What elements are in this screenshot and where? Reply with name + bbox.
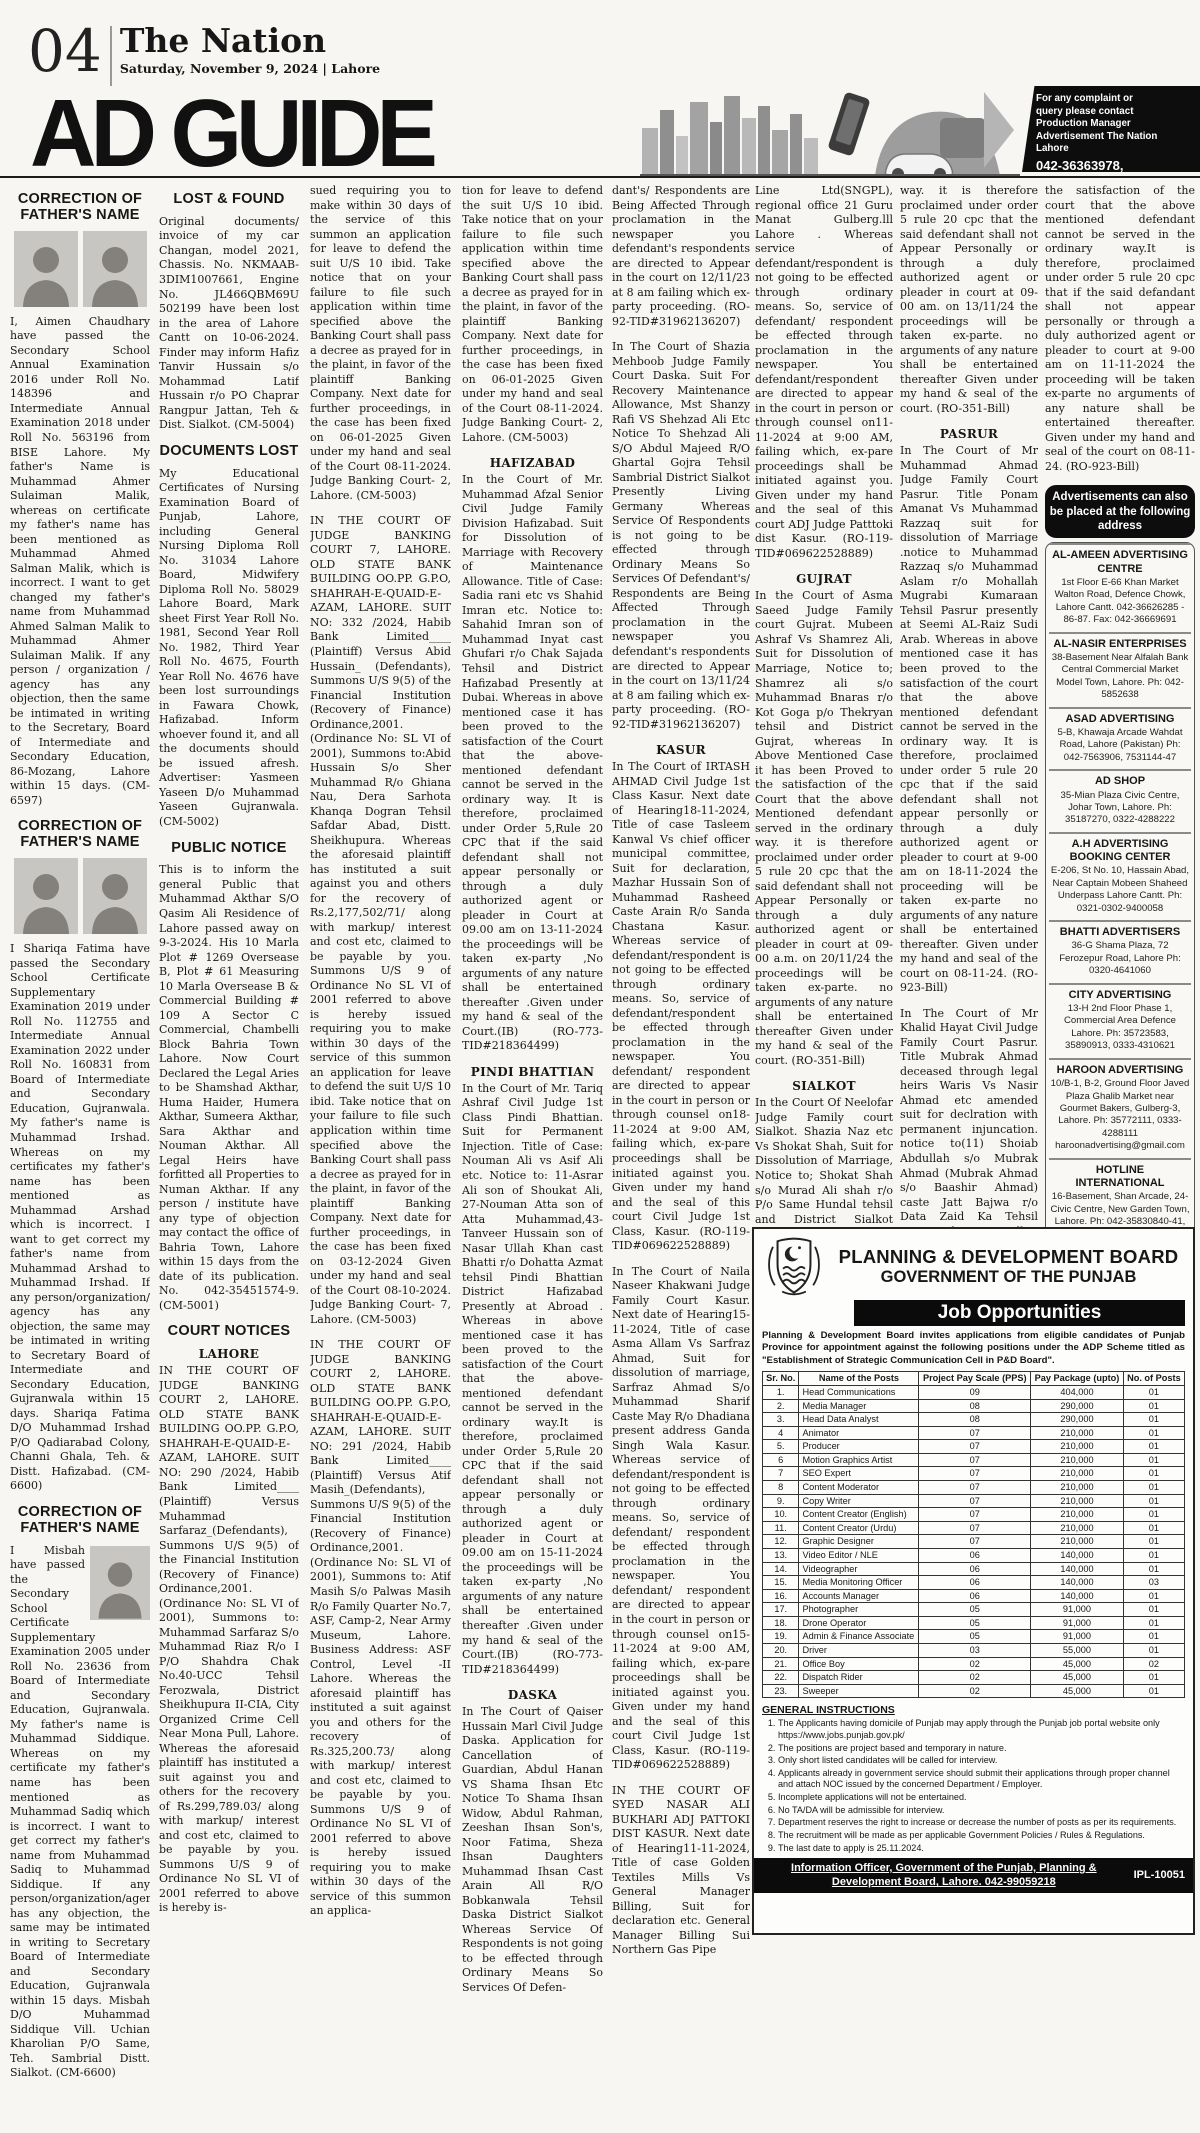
job-box-header: PLANNING & DEVELOPMENT BOARD GOVERNMENT … bbox=[762, 1234, 1185, 1298]
table-cell: 10. bbox=[763, 1508, 799, 1522]
table-cell: 19. bbox=[763, 1630, 799, 1644]
table-row: 5.Producer07210,00001 bbox=[763, 1440, 1185, 1454]
table-cell: 01 bbox=[1123, 1671, 1184, 1685]
table-cell: 08 bbox=[919, 1413, 1031, 1427]
table-cell: 45,000 bbox=[1031, 1684, 1124, 1698]
table-cell: 07 bbox=[919, 1440, 1031, 1454]
table-cell: 07 bbox=[919, 1481, 1031, 1495]
agency-entry: CITY ADVERTISING13-H 2nd Floor Phase 1, … bbox=[1049, 983, 1191, 1058]
table-cell: 01 bbox=[1123, 1481, 1184, 1495]
applicant-photo bbox=[83, 858, 147, 934]
table-cell: 01 bbox=[1123, 1426, 1184, 1440]
table-cell: 6 bbox=[763, 1453, 799, 1467]
table-cell: 404,000 bbox=[1031, 1385, 1124, 1399]
job-box-footer: Information Officer, Government of the P… bbox=[754, 1858, 1193, 1893]
table-cell: Media Monitoring Officer bbox=[799, 1576, 919, 1590]
table-cell: 01 bbox=[1123, 1603, 1184, 1617]
agency-details: 10/B-1, B-2, Ground Floor Javed Plaza Gh… bbox=[1050, 1078, 1190, 1153]
agency-details: 5-B, Khawaja Arcade Wahdat Road, Lahore … bbox=[1050, 727, 1190, 764]
ad-text: sued requiring you to make within 30 day… bbox=[310, 184, 451, 503]
masthead-divider bbox=[110, 26, 112, 86]
agency-name: A.H ADVERTISING BOOKING CENTER bbox=[1050, 838, 1190, 864]
table-cell: Video Editor / NLE bbox=[799, 1548, 919, 1562]
ad-text: In The Court of Naila Naseer Khakwani Ju… bbox=[612, 1265, 750, 1773]
table-cell: 45,000 bbox=[1031, 1671, 1124, 1685]
table-cell: 290,000 bbox=[1031, 1413, 1124, 1427]
table-cell: 11. bbox=[763, 1521, 799, 1535]
table-row: 1.Head Communications09404,00001 bbox=[763, 1385, 1185, 1399]
ad-text: In The Court of Qaiser Hussain Marl Civi… bbox=[462, 1705, 603, 1995]
table-cell: 7 bbox=[763, 1467, 799, 1481]
table-header-cell: Project Pay Scale (PPS) bbox=[919, 1372, 1031, 1386]
ad-text: IN THE COURT OF JUDGE BANKING COURT 2, L… bbox=[310, 1338, 451, 1919]
job-box-org-line2: GOVERNMENT OF THE PUNJAB bbox=[832, 1268, 1185, 1287]
instruction-item: Only short listed candidates will be cal… bbox=[778, 1755, 1185, 1767]
table-row: 20.Driver0355,00001 bbox=[763, 1643, 1185, 1657]
table-cell: 07 bbox=[919, 1535, 1031, 1549]
table-cell: 07 bbox=[919, 1426, 1031, 1440]
portrait-photo bbox=[14, 858, 78, 934]
column-6: Line Ltd(SNGPL), regional office 21 Guru… bbox=[755, 184, 893, 1400]
table-cell: Videographer bbox=[799, 1562, 919, 1576]
masthead-right: The Nation Saturday, November 9, 2024 | … bbox=[120, 22, 380, 76]
ad-text: In the Court of Mr. Tariq Ashraf Civil J… bbox=[462, 1082, 603, 1677]
instruction-item: The Applicants having domicile of Punjab… bbox=[778, 1718, 1185, 1741]
agency-name: CITY ADVERTISING bbox=[1050, 989, 1190, 1002]
ad-text: This is to inform the general Public tha… bbox=[159, 863, 299, 1313]
table-cell: 05 bbox=[919, 1616, 1031, 1630]
table-cell: 09 bbox=[919, 1385, 1031, 1399]
agency-entry: ASAD ADVERTISING5-B, Khawaja Arcade Wahd… bbox=[1049, 707, 1191, 770]
portrait-photo bbox=[90, 1546, 150, 1620]
table-cell: 140,000 bbox=[1031, 1589, 1124, 1603]
table-cell: Producer bbox=[799, 1440, 919, 1454]
table-cell: Head Data Analyst bbox=[799, 1413, 919, 1427]
court-place-heading: PINDI BHATTIAN bbox=[462, 1065, 603, 1079]
table-cell: 4 bbox=[763, 1426, 799, 1440]
newspaper-page: 04 The Nation Saturday, November 9, 2024… bbox=[0, 0, 1200, 2133]
column-5: dant's/ Respondents are Being Affected T… bbox=[612, 184, 750, 2124]
table-cell: 16. bbox=[763, 1589, 799, 1603]
complaint-line: query please contact bbox=[1036, 106, 1192, 119]
ad-text: My Educational Certificates of Nursing E… bbox=[159, 467, 299, 830]
complaint-line: Production Manager bbox=[1036, 118, 1192, 131]
table-cell: 01 bbox=[1123, 1508, 1184, 1522]
agency-entry: BHATTI ADVERTISERS36-G Shama Plaza, 72 F… bbox=[1049, 920, 1191, 983]
instruction-item: No TA/DA will be admissible for intervie… bbox=[778, 1805, 1185, 1817]
ad-heading: CORRECTION OF FATHER'S NAME bbox=[10, 192, 150, 224]
table-header-cell: Sr. No. bbox=[763, 1372, 799, 1386]
table-cell: 01 bbox=[1123, 1562, 1184, 1576]
table-cell: 07 bbox=[919, 1508, 1031, 1522]
table-cell: 91,000 bbox=[1031, 1630, 1124, 1644]
complaint-contact-box: For any complaint or query please contac… bbox=[1022, 86, 1200, 172]
agency-details: E-206, St No. 10, Hassain Abad, Near Cap… bbox=[1050, 865, 1190, 915]
table-cell: 1. bbox=[763, 1385, 799, 1399]
column-4: tion for leave to defend the suit U/S 10… bbox=[462, 184, 603, 2124]
court-place-heading: HAFIZABAD bbox=[462, 456, 603, 470]
table-row: 18.Drone Operator0591,00001 bbox=[763, 1616, 1185, 1630]
masthead: 04 The Nation Saturday, November 9, 2024… bbox=[28, 22, 380, 86]
ad-text: In The Court of Shazia Mehboob Judge Fam… bbox=[612, 340, 750, 732]
advertising-addresses-badge: Advertisements can also be placed at the… bbox=[1045, 485, 1195, 538]
table-cell: 02 bbox=[1123, 1657, 1184, 1671]
banner-arrow-graphic bbox=[984, 92, 1014, 168]
table-cell: 20. bbox=[763, 1643, 799, 1657]
table-cell: 210,000 bbox=[1031, 1426, 1124, 1440]
table-cell: Copy Writer bbox=[799, 1494, 919, 1508]
table-row: 12.Graphic Designer07210,00001 bbox=[763, 1535, 1185, 1549]
ad-text: In the Court of Mr. Muhammad Afzal Senio… bbox=[462, 473, 603, 1054]
applicant-photo bbox=[83, 231, 147, 307]
agency-name: HAROON ADVERTISING bbox=[1050, 1064, 1190, 1077]
job-posts-table-head: Sr. No.Name of the PostsProject Pay Scal… bbox=[763, 1372, 1185, 1386]
table-cell: 01 bbox=[1123, 1548, 1184, 1562]
dateline: Saturday, November 9, 2024 | Lahore bbox=[120, 61, 380, 76]
table-cell: 91,000 bbox=[1031, 1603, 1124, 1617]
job-box-intro-scheme: "Establishment of Strategic Communicatio… bbox=[762, 1355, 1055, 1366]
table-cell: 91,000 bbox=[1031, 1616, 1124, 1630]
table-cell: 07 bbox=[919, 1521, 1031, 1535]
table-cell: 22. bbox=[763, 1671, 799, 1685]
table-cell: 01 bbox=[1123, 1589, 1184, 1603]
table-cell: 55,000 bbox=[1031, 1643, 1124, 1657]
applicant-photo bbox=[14, 858, 78, 934]
table-cell: 06 bbox=[919, 1562, 1031, 1576]
table-cell: 01 bbox=[1123, 1440, 1184, 1454]
job-posts-table: Sr. No.Name of the PostsProject Pay Scal… bbox=[762, 1371, 1185, 1698]
table-cell: 210,000 bbox=[1031, 1440, 1124, 1454]
table-cell: Animator bbox=[799, 1426, 919, 1440]
agency-name: AD SHOP bbox=[1050, 775, 1190, 788]
court-place-heading: SIALKOT bbox=[755, 1079, 893, 1093]
agency-entry: AL-NASIR ENTERPRISES38-Basement Near Alf… bbox=[1049, 632, 1191, 707]
agency-details: 38-Basement Near Alfalah Bank Central Co… bbox=[1050, 652, 1190, 702]
job-box-intro-text: Planning & Development Board invites app… bbox=[762, 1330, 1185, 1353]
table-row: 7SEO Expert07210,00001 bbox=[763, 1467, 1185, 1481]
table-cell: 06 bbox=[919, 1576, 1031, 1590]
ad-text: I Shariqa Fatima have passed the Seconda… bbox=[10, 942, 150, 1494]
table-cell: 01 bbox=[1123, 1630, 1184, 1644]
table-cell: Sweeper bbox=[799, 1684, 919, 1698]
table-cell: 02 bbox=[919, 1684, 1031, 1698]
ad-text: In The Court of IRTASH AHMAD Civil Judge… bbox=[612, 760, 750, 1254]
table-header-cell: Pay Package (upto) bbox=[1031, 1372, 1124, 1386]
newspaper-title: The Nation bbox=[120, 24, 380, 59]
table-cell: 2. bbox=[763, 1399, 799, 1413]
city-skyline-graphic bbox=[640, 88, 1020, 176]
table-cell: 01 bbox=[1123, 1467, 1184, 1481]
agency-name: AL-AMEEN ADVERTISING CENTRE bbox=[1050, 549, 1190, 575]
page-number: 04 bbox=[28, 22, 102, 80]
table-cell: 210,000 bbox=[1031, 1508, 1124, 1522]
table-cell: 06 bbox=[919, 1548, 1031, 1562]
agency-details: 1st Floor E-66 Khan Market Walton Road, … bbox=[1050, 577, 1190, 627]
table-row: 16.Accounts Manager06140,00001 bbox=[763, 1589, 1185, 1603]
table-row: 23.Sweeper0245,00001 bbox=[763, 1684, 1185, 1698]
table-cell: 01 bbox=[1123, 1413, 1184, 1427]
instruction-item: Incomplete applications will not be ente… bbox=[778, 1792, 1185, 1804]
table-cell: 01 bbox=[1123, 1399, 1184, 1413]
agency-name: AL-NASIR ENTERPRISES bbox=[1050, 638, 1190, 651]
table-cell: 01 bbox=[1123, 1494, 1184, 1508]
job-box-titles: PLANNING & DEVELOPMENT BOARD GOVERNMENT … bbox=[832, 1246, 1185, 1287]
table-header-row: Sr. No.Name of the PostsProject Pay Scal… bbox=[763, 1372, 1185, 1386]
table-cell: 23. bbox=[763, 1684, 799, 1698]
table-header-cell: Name of the Posts bbox=[799, 1372, 919, 1386]
ad-heading: CORRECTION OF FATHER'S NAME bbox=[10, 1505, 150, 1537]
table-cell: 140,000 bbox=[1031, 1562, 1124, 1576]
table-cell: Motion Graphics Artist bbox=[799, 1453, 919, 1467]
applicant-photo bbox=[14, 231, 78, 307]
ad-text: Line Ltd(SNGPL), regional office 21 Guru… bbox=[755, 184, 893, 561]
portrait-photo bbox=[83, 858, 147, 934]
ad-heading: DOCUMENTS LOST bbox=[159, 444, 299, 460]
table-header-cell: No. of Posts bbox=[1123, 1372, 1184, 1386]
table-cell: 03 bbox=[919, 1643, 1031, 1657]
ad-heading: CORRECTION OF FATHER'S NAME bbox=[10, 819, 150, 851]
table-cell: 01 bbox=[1123, 1643, 1184, 1657]
table-cell: Driver bbox=[799, 1643, 919, 1657]
table-cell: 8 bbox=[763, 1481, 799, 1495]
table-cell: 21. bbox=[763, 1657, 799, 1671]
table-cell: 01 bbox=[1123, 1535, 1184, 1549]
punjab-government-logo bbox=[762, 1234, 826, 1298]
table-cell: 06 bbox=[919, 1589, 1031, 1603]
agency-name: BHATTI ADVERTISERS bbox=[1050, 926, 1190, 939]
table-cell: 07 bbox=[919, 1467, 1031, 1481]
ad-text: IN THE COURT OF JUDGE BANKING COURT 2, L… bbox=[159, 1364, 299, 1916]
table-cell: Accounts Manager bbox=[799, 1589, 919, 1603]
applicant-photos bbox=[10, 858, 150, 934]
table-row: 14.Videographer06140,00001 bbox=[763, 1562, 1185, 1576]
table-row: 15.Media Monitoring Officer06140,00003 bbox=[763, 1576, 1185, 1590]
table-row: 13.Video Editor / NLE06140,00001 bbox=[763, 1548, 1185, 1562]
table-row: 4Animator07210,00001 bbox=[763, 1426, 1185, 1440]
table-cell: Admin & Finance Associate bbox=[799, 1630, 919, 1644]
table-cell: 03 bbox=[1123, 1576, 1184, 1590]
advertising-agencies-box: AL-AMEEN ADVERTISING CENTRE1st Floor E-6… bbox=[1045, 542, 1195, 1253]
agency-entry: A.H ADVERTISING BOOKING CENTERE-206, St … bbox=[1049, 832, 1191, 920]
table-row: 17.Photographer0591,00001 bbox=[763, 1603, 1185, 1617]
ad-text: I, Aimen Chaudhary have passed the Secon… bbox=[10, 315, 150, 809]
column-1: CORRECTION OF FATHER'S NAMEI, Aimen Chau… bbox=[10, 184, 150, 2124]
table-cell: 01 bbox=[1123, 1385, 1184, 1399]
ad-heading: COURT NOTICES bbox=[159, 1324, 299, 1340]
table-cell: Head Communications bbox=[799, 1385, 919, 1399]
table-cell: 01 bbox=[1123, 1684, 1184, 1698]
table-row: 19.Admin & Finance Associate0591,00001 bbox=[763, 1630, 1185, 1644]
ad-heading: LOST & FOUND bbox=[159, 192, 299, 208]
complaint-phone-1: 042-36363978, bbox=[1036, 159, 1192, 174]
table-cell: Office Boy bbox=[799, 1657, 919, 1671]
table-cell: Drone Operator bbox=[799, 1616, 919, 1630]
table-cell: 210,000 bbox=[1031, 1535, 1124, 1549]
column-7: way. it is therefore proclaimed under or… bbox=[900, 184, 1038, 1400]
table-cell: 3. bbox=[763, 1413, 799, 1427]
table-cell: 13. bbox=[763, 1548, 799, 1562]
table-cell: 18. bbox=[763, 1616, 799, 1630]
ad-guide-title: AD GUIDE bbox=[30, 90, 432, 178]
table-cell: 210,000 bbox=[1031, 1494, 1124, 1508]
applicant-photos bbox=[10, 231, 150, 307]
ad-text: tion for leave to defend the suit U/S 10… bbox=[462, 184, 603, 445]
court-place-heading: LAHORE bbox=[159, 1347, 299, 1361]
agency-entry: HAROON ADVERTISING10/B-1, B-2, Ground Fl… bbox=[1049, 1058, 1191, 1158]
applicant-photo bbox=[90, 1546, 150, 1620]
table-cell: 14. bbox=[763, 1562, 799, 1576]
table-cell: 5. bbox=[763, 1440, 799, 1454]
table-cell: 290,000 bbox=[1031, 1399, 1124, 1413]
portrait-photo bbox=[14, 231, 78, 307]
column-8: the satisfaction of the court that the a… bbox=[1045, 184, 1195, 1400]
ad-text: Original documents/ invoice of my car Ch… bbox=[159, 215, 299, 433]
agency-details: 35-Mian Plaza Civic Centre, Johar Town, … bbox=[1050, 790, 1190, 827]
job-box-intro: Planning & Development Board invites app… bbox=[762, 1330, 1185, 1367]
column-3: sued requiring you to make within 30 day… bbox=[310, 184, 451, 2124]
job-opportunities-box: PLANNING & DEVELOPMENT BOARD GOVERNMENT … bbox=[752, 1227, 1195, 1935]
court-place-heading: GUJRAT bbox=[755, 572, 893, 586]
table-row: 8Content Moderator07210,00001 bbox=[763, 1481, 1185, 1495]
table-cell: 210,000 bbox=[1031, 1453, 1124, 1467]
job-box-org-line1: PLANNING & DEVELOPMENT BOARD bbox=[832, 1246, 1185, 1268]
agency-entry: AD SHOP35-Mian Plaza Civic Centre, Johar… bbox=[1049, 769, 1191, 832]
table-cell: 01 bbox=[1123, 1521, 1184, 1535]
court-place-heading: PASRUR bbox=[900, 427, 1038, 441]
table-cell: 17. bbox=[763, 1603, 799, 1617]
information-officer-line: Information Officer, Government of the P… bbox=[762, 1861, 1126, 1890]
table-cell: Dispatch Rider bbox=[799, 1671, 919, 1685]
ad-text: IN THE COURT OF SYED NASAR ALI BUKHARI A… bbox=[612, 1784, 750, 1958]
ad-text: I Misbah have passed the Secondary Schoo… bbox=[10, 1544, 150, 2081]
court-place-heading: DASKA bbox=[462, 1688, 603, 1702]
ad-text: IN THE COURT OF JUDGE BANKING COURT 7, L… bbox=[310, 514, 451, 1327]
instruction-item: The last date to apply is 25.11.2024. bbox=[778, 1843, 1185, 1855]
table-row: 6Motion Graphics Artist07210,00001 bbox=[763, 1453, 1185, 1467]
table-cell: 05 bbox=[919, 1603, 1031, 1617]
table-cell: 9. bbox=[763, 1494, 799, 1508]
ad-text: In The Court of Mr Muhammad Ahmad Judge … bbox=[900, 444, 1038, 996]
table-cell: Content Creator (English) bbox=[799, 1508, 919, 1522]
table-cell: 01 bbox=[1123, 1616, 1184, 1630]
agency-entry: AL-AMEEN ADVERTISING CENTRE1st Floor E-6… bbox=[1049, 543, 1191, 631]
ad-text: the satisfaction of the court that the a… bbox=[1045, 184, 1195, 474]
table-cell: Photographer bbox=[799, 1603, 919, 1617]
general-instructions-list: The Applicants having domicile of Punjab… bbox=[778, 1718, 1185, 1854]
table-cell: 12. bbox=[763, 1535, 799, 1549]
ad-text: In the Court of Asma Saeed Judge Family … bbox=[755, 589, 893, 1068]
table-cell: SEO Expert bbox=[799, 1467, 919, 1481]
table-cell: Graphic Designer bbox=[799, 1535, 919, 1549]
table-cell: 210,000 bbox=[1031, 1521, 1124, 1535]
agency-name: ASAD ADVERTISING bbox=[1050, 713, 1190, 726]
table-cell: 140,000 bbox=[1031, 1548, 1124, 1562]
ad-text: dant's/ Respondents are Being Affected T… bbox=[612, 184, 750, 329]
court-place-heading: KASUR bbox=[612, 743, 750, 757]
complaint-line: For any complaint or bbox=[1036, 93, 1192, 106]
table-row: 22.Dispatch Rider0245,00001 bbox=[763, 1671, 1185, 1685]
table-cell: Media Manager bbox=[799, 1399, 919, 1413]
table-row: 10.Content Creator (English)07210,00001 bbox=[763, 1508, 1185, 1522]
table-row: 2.Media Manager08290,00001 bbox=[763, 1399, 1185, 1413]
job-posts-table-body: 1.Head Communications09404,000012.Media … bbox=[763, 1385, 1185, 1697]
table-row: 9.Copy Writer07210,00001 bbox=[763, 1494, 1185, 1508]
table-row: 21.Office Boy0245,00002 bbox=[763, 1657, 1185, 1671]
complaint-line: Advertisement The Nation Lahore bbox=[1036, 131, 1192, 156]
instruction-item: The positions are project based and temp… bbox=[778, 1743, 1185, 1755]
table-row: 3.Head Data Analyst08290,00001 bbox=[763, 1413, 1185, 1427]
table-cell: 07 bbox=[919, 1453, 1031, 1467]
table-cell: 07 bbox=[919, 1494, 1031, 1508]
table-cell: 05 bbox=[919, 1630, 1031, 1644]
table-cell: 45,000 bbox=[1031, 1657, 1124, 1671]
table-cell: 02 bbox=[919, 1657, 1031, 1671]
instruction-item: Applicants already in government service… bbox=[778, 1768, 1185, 1791]
table-cell: Content Creator (Urdu) bbox=[799, 1521, 919, 1535]
ad-heading: PUBLIC NOTICE bbox=[159, 841, 299, 857]
table-cell: 210,000 bbox=[1031, 1481, 1124, 1495]
agency-name: HOTLINE INTERNATIONAL bbox=[1050, 1164, 1190, 1190]
agency-details: 36-G Shama Plaza, 72 Ferozepur Road, Lah… bbox=[1050, 940, 1190, 977]
portrait-photo bbox=[83, 231, 147, 307]
ad-guide-banner: AD GUIDE For any complaint or query plea… bbox=[0, 84, 1200, 178]
job-opportunities-banner: Job Opportunities bbox=[854, 1300, 1185, 1326]
instruction-item: Department reserves the right to increas… bbox=[778, 1817, 1185, 1829]
table-cell: 140,000 bbox=[1031, 1576, 1124, 1590]
advert-code: IPL-10051 bbox=[1134, 1869, 1185, 1881]
agency-details: 13-H 2nd Floor Phase 1, Commercial Area … bbox=[1050, 1003, 1190, 1053]
instruction-item: The recruitment will be made as per appl… bbox=[778, 1830, 1185, 1842]
table-cell: 15. bbox=[763, 1576, 799, 1590]
ad-text: way. it is therefore proclaimed under or… bbox=[900, 184, 1038, 416]
table-cell: 01 bbox=[1123, 1453, 1184, 1467]
general-instructions-title: GENERAL INSTRUCTIONS bbox=[762, 1704, 1185, 1716]
table-row: 11.Content Creator (Urdu)07210,00001 bbox=[763, 1521, 1185, 1535]
table-cell: 08 bbox=[919, 1399, 1031, 1413]
column-2: LOST & FOUNDOriginal documents/ invoice … bbox=[159, 184, 299, 2124]
table-cell: 210,000 bbox=[1031, 1467, 1124, 1481]
table-cell: 02 bbox=[919, 1671, 1031, 1685]
table-cell: Content Moderator bbox=[799, 1481, 919, 1495]
